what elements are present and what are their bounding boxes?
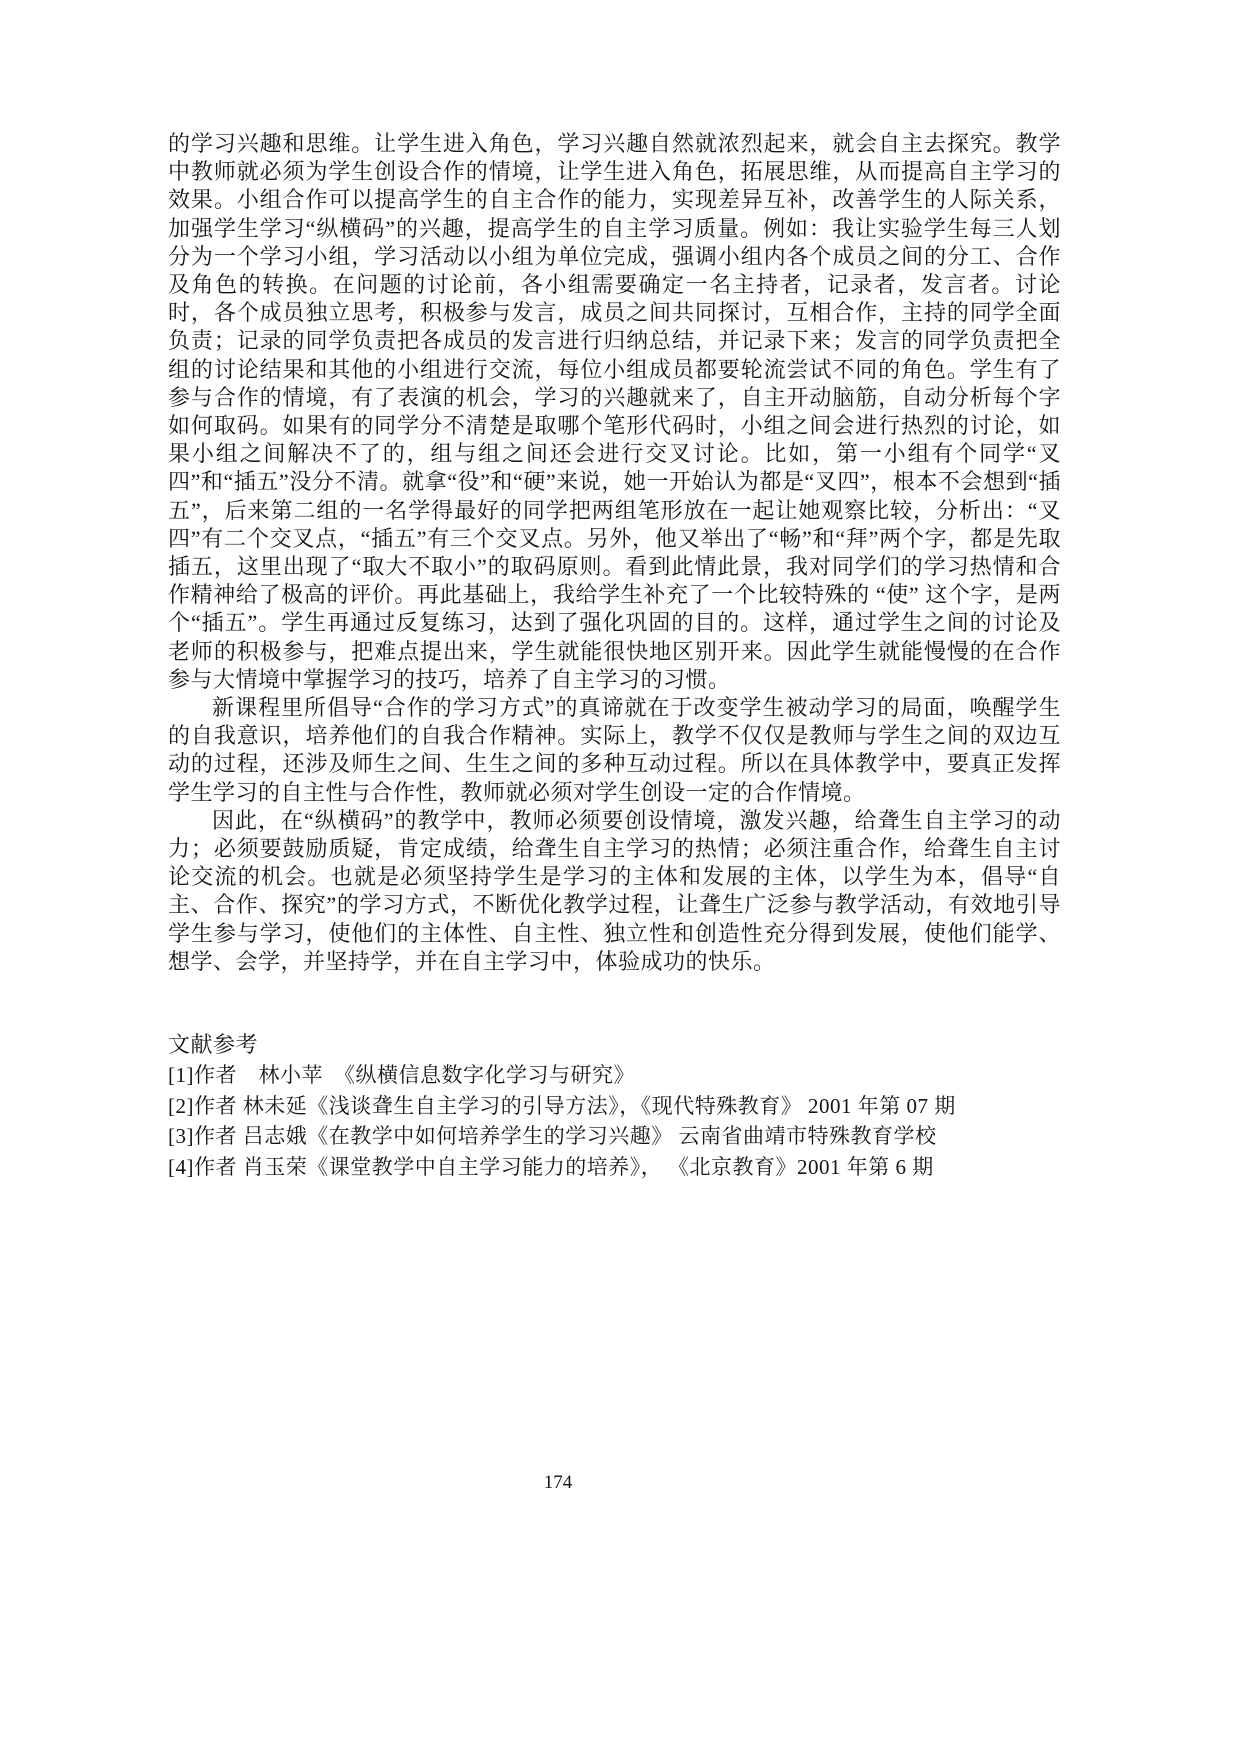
references-section: 文献参考 [1]作者 林小苹 《纵横信息数字化学习与研究》 [2]作者 林未延《… (168, 1030, 1061, 1182)
body-paragraph: 新课程里所倡导“合作的学习方式”的真谛就在于改变学生被动学习的局面，唤醒学生的自… (168, 694, 1061, 807)
body-paragraph: 因此，在“纵横码”的教学中，教师必须要创设情境，激发兴趣，给聋生自主学习的动力；… (168, 807, 1061, 976)
body-paragraph: 的学习兴趣和思维。让学生进入角色，学习兴趣自然就浓烈起来，就会自主去探究。教学中… (168, 130, 1061, 694)
reference-item: [3]作者 吕志娥《在教学中如何培养学生的学习兴趣》 云南省曲靖市特殊教育学校 (168, 1121, 1061, 1152)
reference-item: [4]作者 肖玉荣《课堂教学中自主学习能力的培养》， 《北京教育》2001 年第… (168, 1152, 1061, 1183)
document-page: 的学习兴趣和思维。让学生进入角色，学习兴趣自然就浓烈起来，就会自主去探究。教学中… (0, 0, 1246, 1763)
references-heading: 文献参考 (168, 1030, 1061, 1060)
text-block: 的学习兴趣和思维。让学生进入角色，学习兴趣自然就浓烈起来，就会自主去探究。教学中… (168, 130, 1061, 1182)
reference-item: [1]作者 林小苹 《纵横信息数字化学习与研究》 (168, 1060, 1061, 1091)
reference-item: [2]作者 林未延《浅谈聋生自主学习的引导方法》，《现代特殊教育》 2001 年… (168, 1091, 1061, 1122)
page-number: 174 (168, 1472, 948, 1494)
